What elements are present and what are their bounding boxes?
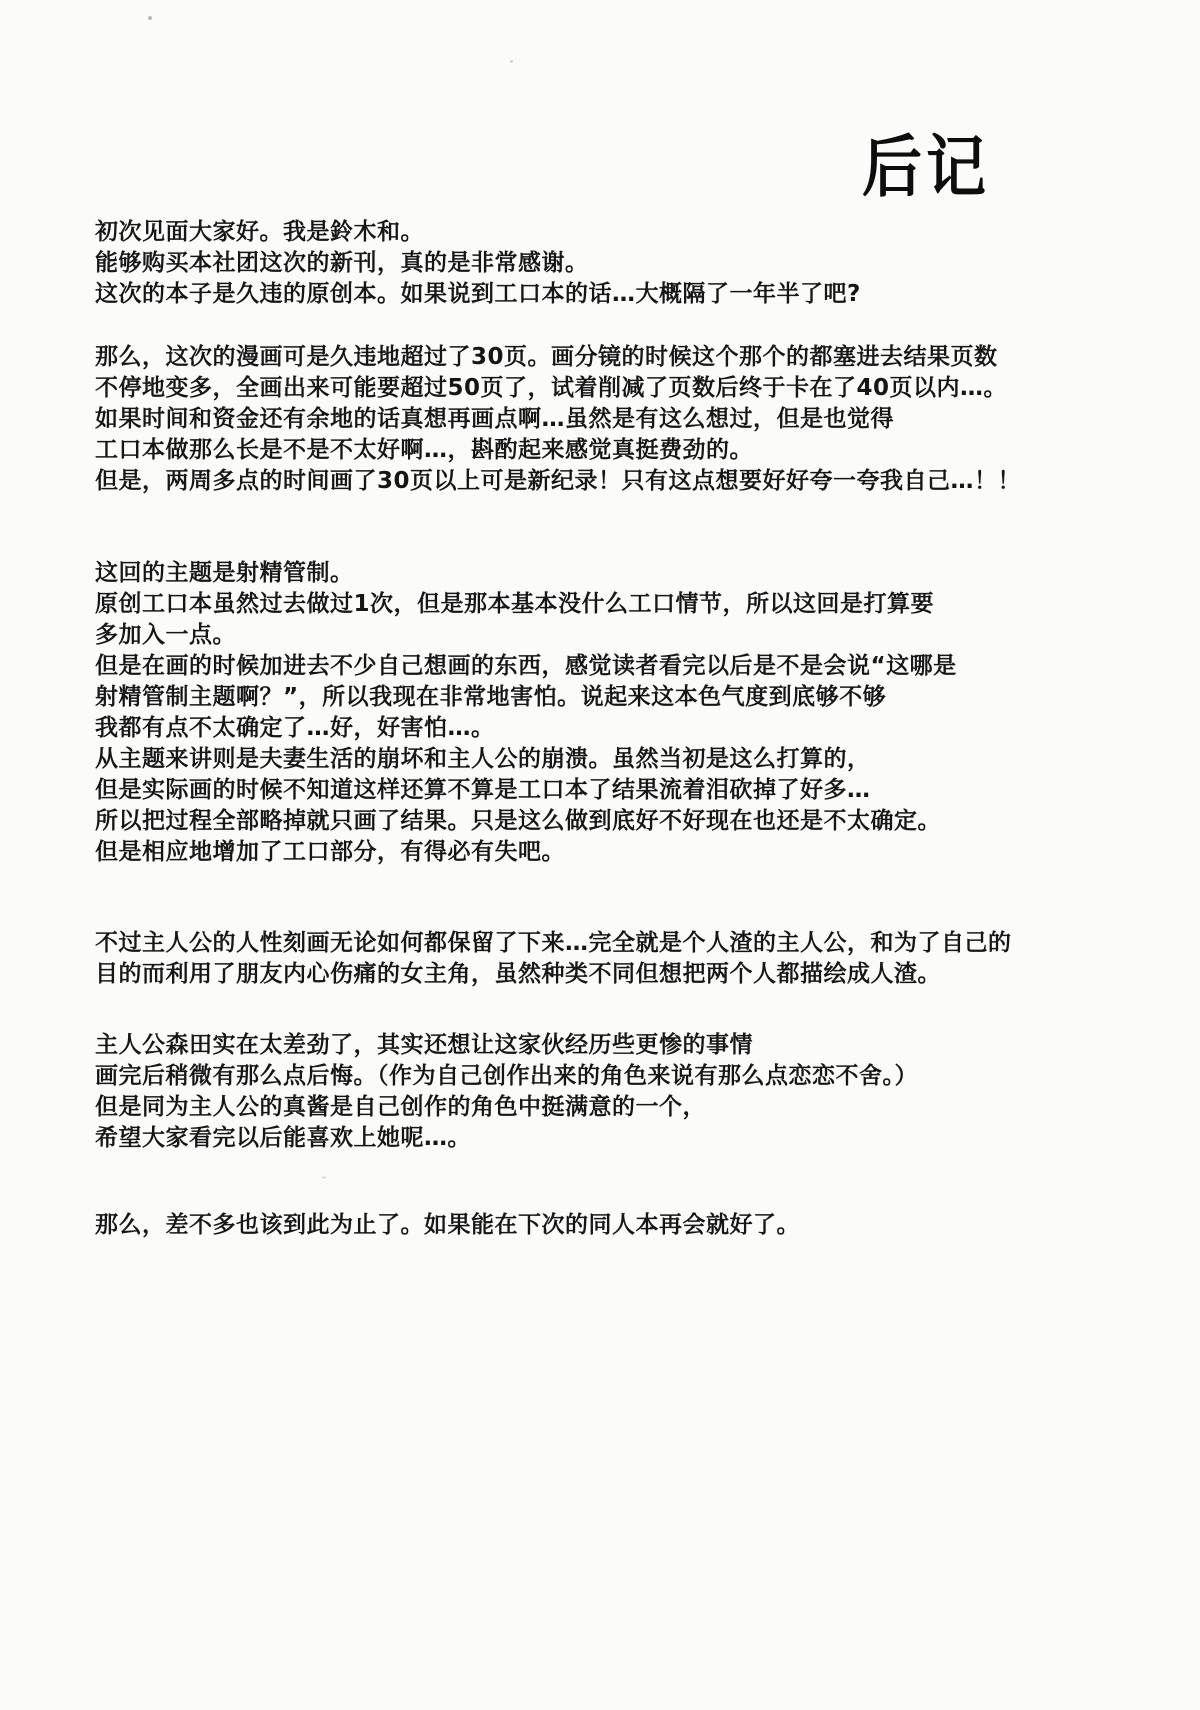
afterword-line: 初次见面大家好。我是鈴木和。	[95, 217, 1055, 248]
afterword-line: 但是同为主人公的真酱是自己创作的角色中挺满意的一个，	[95, 1092, 1055, 1123]
afterword-line: 如果时间和资金还有余地的话真想再画点啊…虽然是有这么想过，但是也觉得	[95, 404, 1055, 435]
afterword-line: 希望大家看完以后能喜欢上她呢…。	[95, 1123, 1055, 1154]
afterword-line: 所以把过程全部略掉就只画了结果。只是这么做到底好不好现在也还是不太确定。	[95, 806, 1055, 837]
afterword-line: 但是相应地增加了工口部分，有得必有失吧。	[95, 837, 1055, 868]
afterword-line: 那么，差不多也该到此为止了。如果能在下次的同人本再会就好了。	[95, 1210, 1055, 1241]
page-title: 后记	[862, 134, 990, 201]
scan-speck	[510, 60, 513, 63]
afterword-line: 不过主人公的人性刻画无论如何都保留了下来…完全就是个人渣的主人公，和为了自己的	[95, 928, 1055, 959]
afterword-line: 我都有点不太确定了…好，好害怕…。	[95, 713, 1055, 744]
afterword-line: 但是在画的时候加进去不少自己想画的东西，感觉读者看完以后是不是会说“这哪是	[95, 651, 1055, 682]
afterword-line: 从主题来讲则是夫妻生活的崩坏和主人公的崩溃。虽然当初是这么打算的，	[95, 744, 1055, 775]
afterword-paragraph-greeting: 初次见面大家好。我是鈴木和。 能够购买本社团这次的新刊，真的是非常感谢。 这次的…	[95, 217, 1055, 310]
scan-speck	[148, 16, 152, 20]
afterword-line: 画完后稍微有那么点后悔。（作为自己创作出来的角色来说有那么点恋恋不舍。）	[95, 1061, 1055, 1092]
afterword-line: 但是实际画的时候不知道这样还算不算是工口本了结果流着泪砍掉了好多…	[95, 775, 1055, 806]
afterword-page: 后记 初次见面大家好。我是鈴木和。 能够购买本社团这次的新刊，真的是非常感谢。 …	[0, 0, 1200, 1710]
afterword-paragraph-closing: 那么，差不多也该到此为止了。如果能在下次的同人本再会就好了。	[95, 1210, 1055, 1241]
afterword-line: 射精管制主题啊？”，所以我现在非常地害怕。说起来这本色气度到底够不够	[95, 682, 1055, 713]
afterword-line: 主人公森田实在太差劲了，其实还想让这家伙经历些更惨的事情	[95, 1030, 1055, 1061]
afterword-line: 不停地变多，全画出来可能要超过50页了，试着削减了页数后终于卡在了40页以内…。	[95, 373, 1055, 404]
afterword-line: 目的而利用了朋友内心伤痛的女主角，虽然种类不同但想把两个人都描绘成人渣。	[95, 959, 1055, 990]
afterword-line: 多加入一点。	[95, 620, 1055, 651]
afterword-line: 工口本做那么长是不是不太好啊…，斟酌起来感觉真挺费劲的。	[95, 435, 1055, 466]
afterword-paragraph-protagonist: 主人公森田实在太差劲了，其实还想让这家伙经历些更惨的事情 画完后稍微有那么点后悔…	[95, 1030, 1055, 1154]
afterword-line: 这次的本子是久违的原创本。如果说到工口本的话…大概隔了一年半了吧?	[95, 279, 1055, 310]
afterword-paragraph-theme: 这回的主题是射精管制。 原创工口本虽然过去做过1次，但是那本基本没什么工口情节，…	[95, 558, 1055, 868]
afterword-line: 能够购买本社团这次的新刊，真的是非常感谢。	[95, 248, 1055, 279]
afterword-paragraph-pagecount: 那么，这次的漫画可是久违地超过了30页。画分镜的时候这个那个的都塞进去结果页数 …	[95, 342, 1055, 497]
afterword-line: 但是，两周多点的时间画了30页以上可是新纪录！只有这点想要好好夸一夸我自己…！！	[95, 466, 1055, 497]
afterword-line: 这回的主题是射精管制。	[95, 558, 1055, 589]
afterword-line: 原创工口本虽然过去做过1次，但是那本基本没什么工口情节，所以这回是打算要	[95, 589, 1055, 620]
afterword-body: 初次见面大家好。我是鈴木和。 能够购买本社团这次的新刊，真的是非常感谢。 这次的…	[95, 217, 1055, 1241]
afterword-line: 那么，这次的漫画可是久违地超过了30页。画分镜的时候这个那个的都塞进去结果页数	[95, 342, 1055, 373]
afterword-paragraph-characters: 不过主人公的人性刻画无论如何都保留了下来…完全就是个人渣的主人公，和为了自己的 …	[95, 928, 1055, 990]
